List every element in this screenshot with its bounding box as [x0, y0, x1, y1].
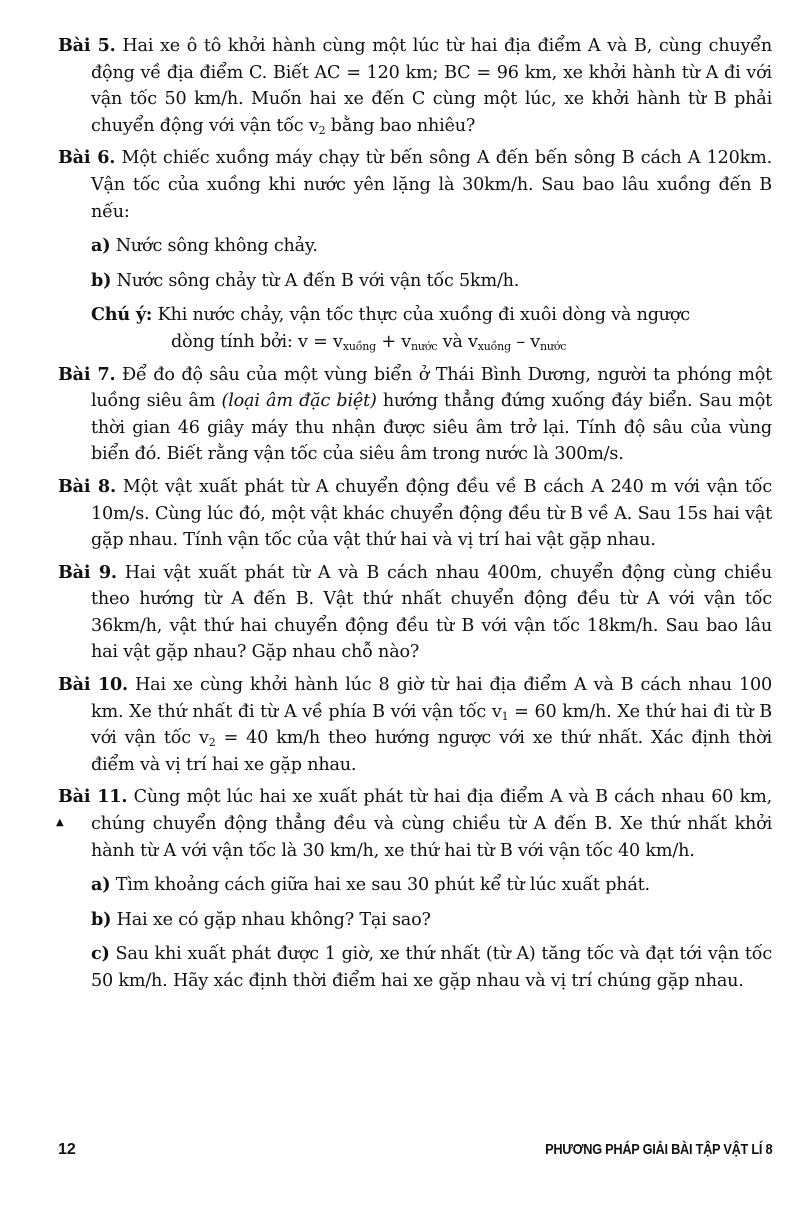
subscript: nước: [411, 340, 437, 353]
problem-11-part-b: b) Hai xe có gặp nhau không? Tại sao?: [58, 907, 772, 934]
part-text: Hai xe có gặp nhau không? Tại sao?: [111, 910, 430, 930]
problem-label: Bài 5.: [58, 35, 116, 56]
problem-8: Bài 8. Một vật xuất phát từ A chuyển độn…: [58, 474, 772, 554]
problem-text: Cùng một lúc hai xe xuất phát từ hai địa…: [91, 787, 772, 860]
page-content: Bài 5. Hai xe ô tô khởi hành cùng một lú…: [58, 33, 772, 1001]
part-label: c): [91, 943, 110, 964]
problem-label: Bài 10.: [58, 674, 128, 695]
problem-label: Bài 6.: [58, 147, 115, 168]
formula-part: + v: [376, 332, 411, 352]
part-text: Nước sông không chảy.: [110, 236, 317, 256]
problem-6-part-a: a) Nước sông không chảy.: [58, 233, 772, 260]
problem-text: Hai vật xuất phát từ A và B cách nhau 40…: [91, 563, 772, 663]
part-text: Nước sông chảy từ A đến B với vận tốc 5k…: [111, 271, 519, 291]
problem-6: Bài 6. Một chiếc xuồng máy chạy từ bến s…: [58, 145, 772, 225]
subscript: 2: [209, 736, 216, 749]
part-label: a): [91, 874, 110, 895]
problem-label: Bài 9.: [58, 562, 117, 583]
part-text: Sau khi xuất phát được 1 giờ, xe thứ nhấ…: [91, 944, 772, 991]
page-footer: 12 PHƯƠNG PHÁP GIẢI BÀI TẬP VẬT LÍ 8: [58, 1141, 772, 1159]
part-label: b): [91, 270, 111, 291]
problem-7: Bài 7. Để đo độ sâu của một vùng biển ở …: [58, 362, 772, 468]
problem-11: Bài 11. Cùng một lúc hai xe xuất phát từ…: [58, 784, 772, 864]
subscript: nước: [540, 340, 566, 353]
part-label: a): [91, 235, 110, 256]
problem-6-part-b: b) Nước sông chảy từ A đến B với vận tốc…: [58, 268, 772, 295]
problem-9: Bài 9. Hai vật xuất phát từ A và B cách …: [58, 560, 772, 666]
problem-text: Một chiếc xuồng máy chạy từ bến sông A đ…: [91, 148, 772, 221]
problem-11-part-c: c) Sau khi xuất phát được 1 giờ, xe thứ …: [58, 941, 772, 994]
margin-mark-icon: ▲: [56, 817, 64, 828]
page-number: 12: [58, 1141, 76, 1159]
subscript: xuồng: [478, 340, 511, 353]
part-label: b): [91, 909, 111, 930]
problem-text-tail: bằng bao nhiêu?: [325, 116, 475, 136]
problem-text: Một vật xuất phát từ A chuyển động đều v…: [91, 477, 772, 550]
problem-label: Bài 8.: [58, 476, 116, 497]
note-text: Khi nước chảy, vận tốc thực của xuồng đi…: [152, 305, 690, 325]
note-label: Chú ý:: [91, 304, 152, 325]
problem-6-note: Chú ý: Khi nước chảy, vận tốc thực của x…: [58, 302, 772, 355]
subscript: xuồng: [343, 340, 376, 353]
formula-part: – v: [511, 332, 540, 352]
formula-part: và v: [437, 332, 478, 352]
problem-10: Bài 10. Hai xe cùng khởi hành lúc 8 giờ …: [58, 672, 772, 778]
book-title: PHƯƠNG PHÁP GIẢI BÀI TẬP VẬT LÍ 8: [545, 1141, 772, 1159]
problem-label: Bài 11.: [58, 786, 127, 807]
note-formula: dòng tính bởi: v = vxuồng + vnước và vxu…: [91, 329, 772, 356]
formula-part: dòng tính bởi: v = v: [171, 332, 343, 352]
part-text: Tìm khoảng cách giữa hai xe sau 30 phút …: [110, 875, 650, 895]
problem-11-part-a: a) Tìm khoảng cách giữa hai xe sau 30 ph…: [58, 872, 772, 899]
problem-5: Bài 5. Hai xe ô tô khởi hành cùng một lú…: [58, 33, 772, 139]
italic-note: (loại âm đặc biệt): [222, 391, 377, 411]
problem-label: Bài 7.: [58, 364, 115, 385]
